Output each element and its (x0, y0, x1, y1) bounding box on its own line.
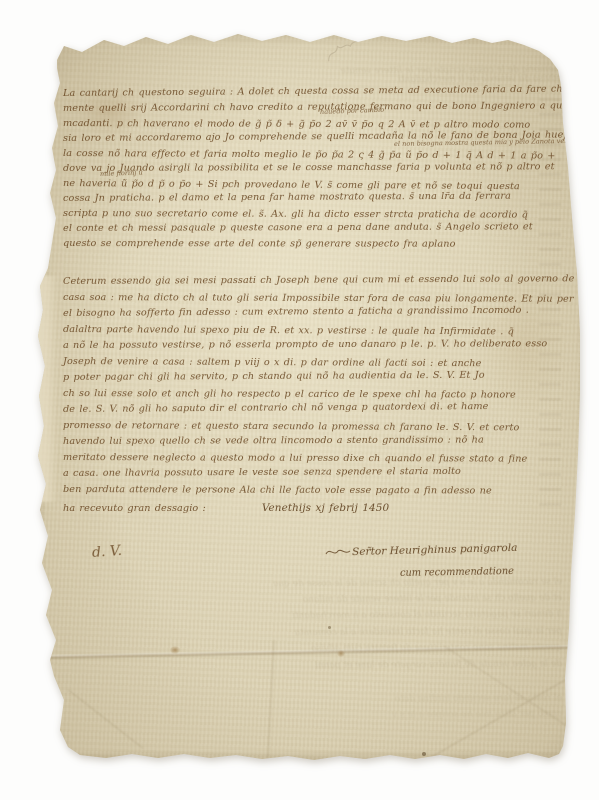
handwriting-line: ben parduta attendere le persone Ala chi… (63, 484, 492, 497)
handwriting-line: meritato dessere neglecto a questo modo … (63, 452, 527, 466)
showthrough-line: questa matina sono zonte littere da ferr… (64, 642, 562, 655)
manuscript-sheet-wrap: memoria de le cosse scripte per le litte… (34, 28, 586, 764)
signature-flourish-icon (324, 545, 352, 559)
handwriting-line: p poter pagar chi gli ha servito, p ch s… (63, 370, 485, 384)
showthrough-line: como per altre mie ho scripto a le s v (64, 709, 562, 722)
interlinear-note: mile fiorinj ũ (100, 169, 143, 178)
stain-spot (422, 752, 426, 756)
manuscript-paper-sheet: memoria de le cosse scripte per le litte… (34, 28, 586, 764)
handwriting-line: casa soa : me ha dicto ch al tuto gli se… (63, 292, 574, 306)
handwriting-line: de le. S. V. nõ gli ho saputo dir el con… (63, 401, 489, 416)
interlinear-note: hauedo por cambio (320, 106, 384, 116)
showthrough-line: el se racomanda a le s v per quello ch s… (64, 577, 562, 590)
handwriting-line: a nõ le ha possuto vestirse, p nõ esserl… (63, 338, 547, 352)
handwriting-line: Joseph de venire a casa : saltem p viij … (63, 356, 482, 370)
handwriting-line: la cosse nõ hara effecto et faria molto … (63, 148, 555, 163)
date-line: Venethijs xj febrij 1450 (262, 502, 389, 514)
handwriting-line: el conte et ch messi pasquale p queste c… (63, 221, 533, 235)
signature-postscript: cum recommendatione (400, 566, 514, 579)
handwriting-line: cossa Jn praticha. p el damo et la pena … (63, 191, 511, 205)
showthrough-line: el resto se fara secundo lordine dato (64, 693, 562, 706)
pencil-inscription (319, 30, 368, 68)
handwriting-line: havendo lui spexo quello ch se vede oltr… (63, 435, 484, 448)
showthrough-line: per la qual cossa el conte ha facto inte… (64, 626, 562, 639)
handwriting-line: dalaltra parte havendo lui spexo piu de … (63, 324, 514, 338)
handwriting-line: La cantarij ch questono seguira : A dole… (63, 83, 599, 100)
showthrough-line: de le galee venute de fiandra cargate de… (64, 659, 562, 672)
handwriting-line: scripta p uno suo secretario come el. s̃… (63, 208, 528, 222)
handwriting-line: el bisogno ha sofferto fin adesso : cum … (63, 305, 529, 320)
photo-backdrop: memoria de le cosse scripte per le litte… (0, 0, 599, 800)
handwriting-line: questo se comprehende esse arte del cont… (63, 238, 456, 251)
handwriting-line: promesso de retornare : et questo stara … (63, 420, 519, 434)
handwriting-line: Ceterum essendo gia sei mesi passati ch … (63, 273, 588, 288)
last-line-text: ha recevuto gran dessagio : (63, 503, 206, 514)
closing-initials: d. V. (91, 543, 122, 561)
showthrough-line: li denari se pagarano secundo el consuet… (64, 609, 562, 622)
crease-diagonal (442, 645, 577, 734)
handwriting-line: a casa. one lhavria possuto usare le ves… (63, 466, 461, 480)
signature-name: Ser̃tor Heurighinus panigarola (352, 542, 518, 558)
handwriting-line: ch so lui esse solo et anch gli ho respe… (63, 388, 516, 402)
torn-left-edge (34, 276, 58, 502)
handwriting-line: ha recevuto gran dessagio :Venethijs xj … (63, 502, 389, 515)
showthrough-line: et de quello ch se intende per le litter… (64, 593, 562, 606)
